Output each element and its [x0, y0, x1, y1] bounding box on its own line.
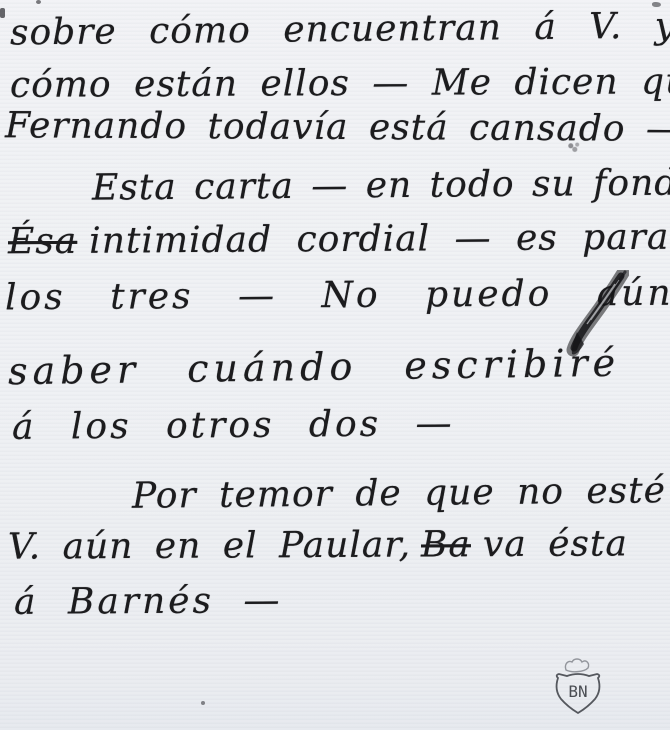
- scan-artifact: [0, 8, 5, 18]
- handwritten-line: V. aún en el Paular,Bava ésta: [8, 526, 628, 565]
- scan-artifact: [36, 0, 41, 4]
- struck-word: Ba: [421, 524, 471, 565]
- scan-artifact: [201, 701, 205, 705]
- handwritten-line: á Barnés —: [14, 583, 283, 621]
- stamp-label: BN: [568, 682, 587, 701]
- bn-stamp: BN: [550, 656, 606, 720]
- handwritten-line: sobre cómo encuentran á V. y: [10, 9, 670, 52]
- handwritten-line: saber cuándo escribiré: [8, 344, 621, 391]
- line-text: Por temor de que no esté: [132, 470, 666, 517]
- smudge-mark: [566, 141, 582, 153]
- line-text: saber cuándo escribiré: [8, 341, 621, 394]
- struck-word: Ésa: [8, 221, 78, 262]
- line-text: cómo están ellos — Me dicen que: [10, 61, 670, 106]
- line-text: va ésta: [483, 523, 628, 565]
- line-text: á Barnés —: [14, 580, 283, 623]
- manuscript-page: sobre cómo encuentran á V. y cómo están …: [0, 0, 670, 730]
- handwritten-line: Ésaintimidad cordial — es para: [8, 220, 670, 261]
- handwritten-line: Esta carta — en todo su fondo: [92, 165, 670, 206]
- line-text: sobre cómo encuentran á V. y: [10, 6, 670, 54]
- handwritten-line: Por temor de que no esté: [132, 473, 666, 515]
- ink-blot: [565, 270, 629, 364]
- line-text: intimidad cordial — es para: [89, 217, 669, 262]
- handwritten-line: á los otros dos —: [12, 406, 455, 446]
- scan-artifact: [652, 2, 661, 7]
- handwritten-line: cómo están ellos — Me dicen que: [10, 64, 670, 104]
- line-text: V. aún en el Paular,: [8, 525, 411, 568]
- line-text: á los otros dos —: [12, 403, 455, 448]
- line-text: Esta carta — en todo su fondo: [92, 162, 670, 208]
